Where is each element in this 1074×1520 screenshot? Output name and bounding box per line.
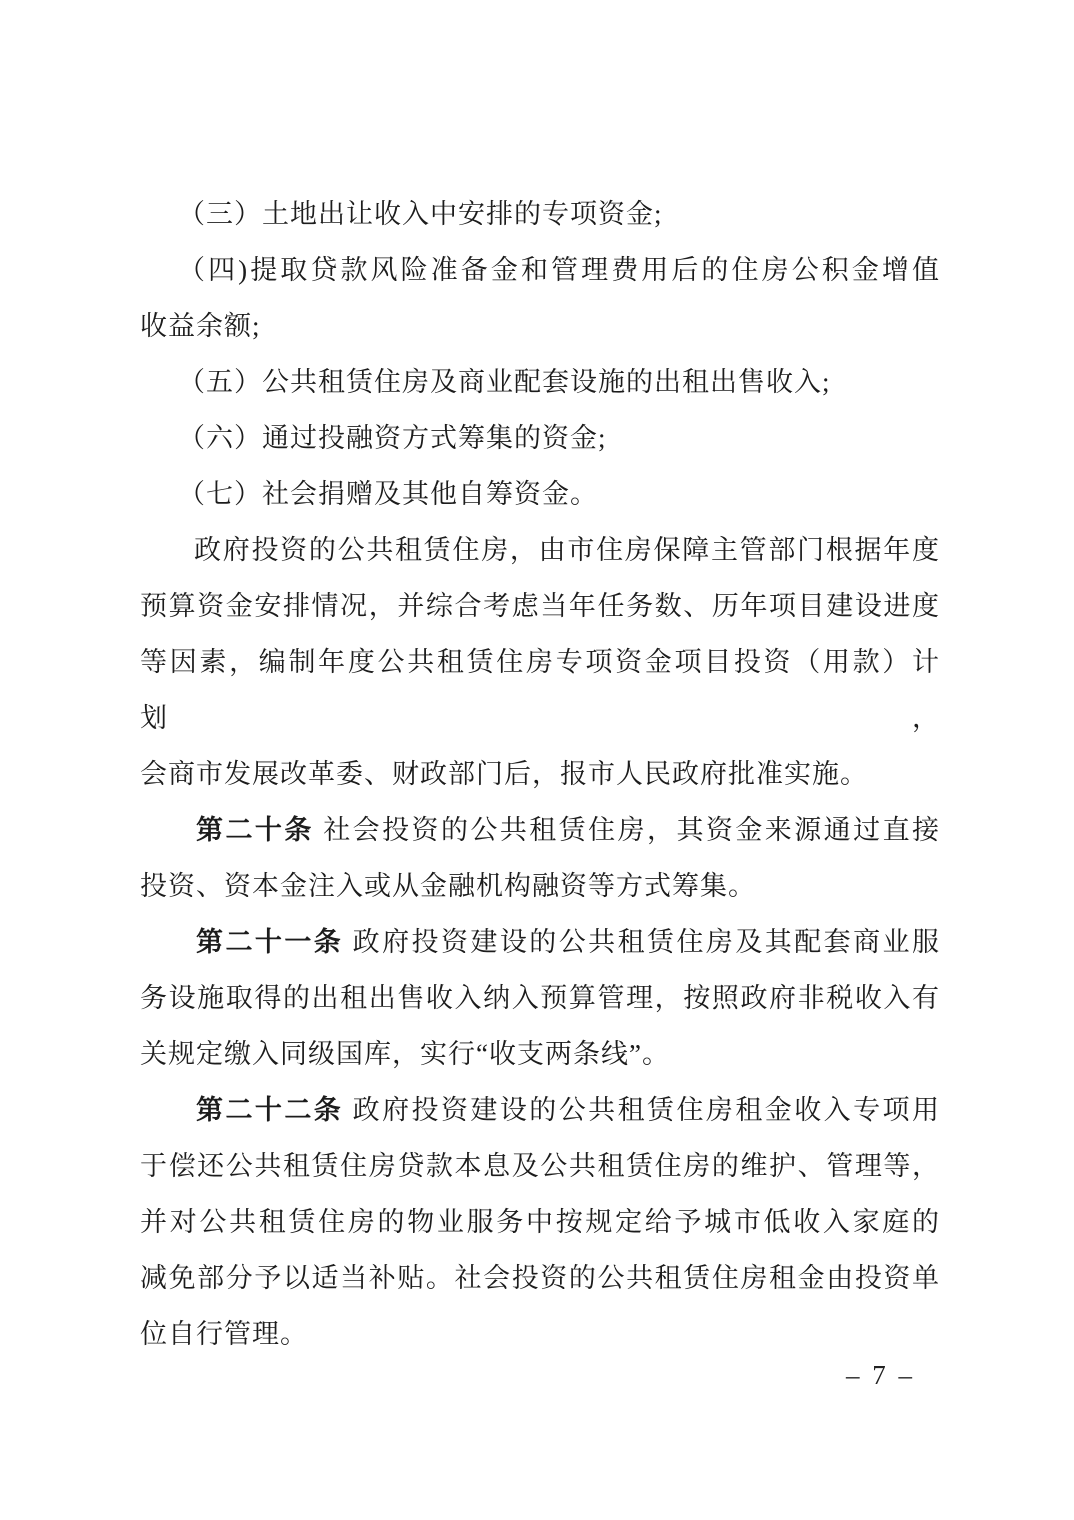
- paragraph: （四)提取贷款风险准备金和管理费用后的住房公积金增值收益余额;: [140, 242, 940, 354]
- text-line: 等因素，编制年度公共租赁住房专项资金项目投资（用款）计划，: [140, 634, 940, 746]
- text-line: 会商市发展改革委、财政部门后，报市人民政府批准实施。: [140, 746, 940, 802]
- article-number: 第二十条: [196, 815, 314, 845]
- document-body: （三）土地出让收入中安排的专项资金;（四)提取贷款风险准备金和管理费用后的住房公…: [140, 186, 940, 1362]
- article-paragraph: 第二十条社会投资的公共租赁住房，其资金来源通过直接投资、资本金注入或从金融机构融…: [140, 802, 940, 914]
- text-line: （六）通过投融资方式筹集的资金;: [140, 410, 940, 466]
- article-paragraph: 第二十一条政府投资建设的公共租赁住房及其配套商业服务设施取得的出租出售收入纳入预…: [140, 914, 940, 1082]
- text-line: 务设施取得的出租出售收入纳入预算管理，按照政府非税收入有: [140, 970, 940, 1026]
- article-number: 第二十二条: [196, 1095, 343, 1125]
- text-line: 第二十一条政府投资建设的公共租赁住房及其配套商业服: [140, 914, 940, 970]
- page-number: – 7 –: [846, 1360, 915, 1391]
- paragraph: （七）社会捐赠及其他自筹资金。: [140, 466, 940, 522]
- paragraph: （三）土地出让收入中安排的专项资金;: [140, 186, 940, 242]
- document-page: （三）土地出让收入中安排的专项资金;（四)提取贷款风险准备金和管理费用后的住房公…: [0, 0, 1074, 1520]
- paragraph: （六）通过投融资方式筹集的资金;: [140, 410, 940, 466]
- text-line: （三）土地出让收入中安排的专项资金;: [140, 186, 940, 242]
- article-paragraph: 第二十二条政府投资建设的公共租赁住房租金收入专项用于偿还公共租赁住房贷款本息及公…: [140, 1082, 940, 1362]
- text-line: 关规定缴入同级国库，实行“收支两条线”。: [140, 1026, 940, 1082]
- text-line: 于偿还公共租赁住房贷款本息及公共租赁住房的维护、管理等，: [140, 1138, 940, 1194]
- text-line: 收益余额;: [140, 298, 940, 354]
- article-number: 第二十一条: [196, 927, 343, 957]
- text-line: 第二十条社会投资的公共租赁住房，其资金来源通过直接: [140, 802, 940, 858]
- text-line: 并对公共租赁住房的物业服务中按规定给予城市低收入家庭的: [140, 1194, 940, 1250]
- text-line: （五）公共租赁住房及商业配套设施的出租出售收入;: [140, 354, 940, 410]
- text-line: （七）社会捐赠及其他自筹资金。: [140, 466, 940, 522]
- text-line: 减免部分予以适当补贴。社会投资的公共租赁住房租金由投资单: [140, 1250, 940, 1306]
- text-line: 投资、资本金注入或从金融机构融资等方式筹集。: [140, 858, 940, 914]
- paragraph: 政府投资的公共租赁住房，由市住房保障主管部门根据年度预算资金安排情况，并综合考虑…: [140, 522, 940, 802]
- text-line: 第二十二条政府投资建设的公共租赁住房租金收入专项用: [140, 1082, 940, 1138]
- text-line: 位自行管理。: [140, 1306, 940, 1362]
- text-line: （四)提取贷款风险准备金和管理费用后的住房公积金增值: [140, 242, 940, 298]
- text-line: 预算资金安排情况，并综合考虑当年任务数、历年项目建设进度: [140, 578, 940, 634]
- paragraph: （五）公共租赁住房及商业配套设施的出租出售收入;: [140, 354, 940, 410]
- text-line: 政府投资的公共租赁住房，由市住房保障主管部门根据年度: [140, 522, 940, 578]
